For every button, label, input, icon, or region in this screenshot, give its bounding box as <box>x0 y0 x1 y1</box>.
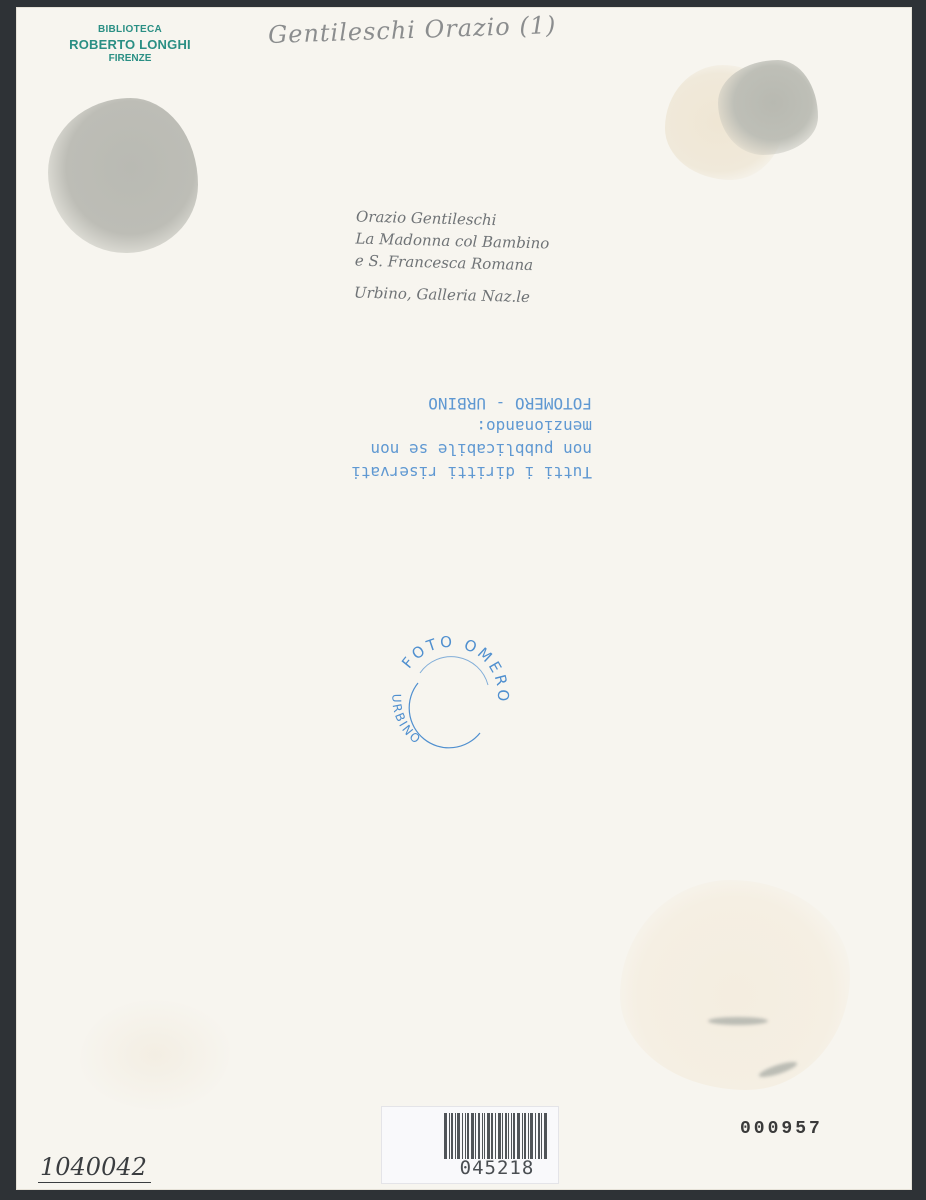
barcode-bar <box>484 1113 485 1159</box>
library-stamp: BIBLIOTECA ROBERTO LONGHI FIRENZE <box>60 24 200 65</box>
tape-residue-stain <box>48 98 198 253</box>
barcode-bar <box>498 1113 501 1159</box>
rights-stamp-line: FOTOMERO - URBINO <box>322 392 592 415</box>
barcode-bar <box>487 1113 490 1159</box>
rights-stamp: Tutti i diritti riservati non pubblicabi… <box>322 392 592 484</box>
barcode-bar <box>465 1113 466 1159</box>
stamp-top-text: FOTO OMERO <box>396 625 520 716</box>
barcode-bar <box>541 1113 542 1159</box>
rights-stamp-line: non pubblicabile se non <box>322 438 592 461</box>
barcode-bar <box>535 1113 536 1159</box>
barcode-bar <box>538 1113 540 1159</box>
rights-stamp-line: menzionando: <box>322 415 592 438</box>
barcode-bar <box>451 1113 453 1159</box>
glue-stain <box>620 880 850 1090</box>
barcode-bar <box>524 1113 526 1159</box>
barcode-bar <box>508 1113 509 1159</box>
barcode-bar <box>471 1113 474 1159</box>
barcode-bar <box>444 1113 447 1159</box>
circular-photographer-stamp: FOTO OMERO URBINO <box>380 625 520 765</box>
barcode-bar <box>449 1113 450 1159</box>
barcode-bar <box>502 1113 503 1159</box>
handwritten-note: Orazio Gentileschi La Madonna col Bambin… <box>354 205 550 308</box>
barcode-bar <box>467 1113 469 1159</box>
barcode-bar <box>530 1113 533 1159</box>
library-stamp-line: BIBLIOTECA <box>60 24 200 37</box>
barcode-bar <box>491 1113 493 1159</box>
barcode-bar <box>462 1113 463 1159</box>
barcode-bar <box>511 1113 512 1159</box>
rights-stamp-line: Tutti i diritti riservati <box>322 461 592 484</box>
barcode-bar <box>457 1113 460 1159</box>
barcode-bar <box>522 1113 523 1159</box>
library-stamp-name: ROBERTO LONGHI <box>60 37 200 53</box>
tape-residue-stain <box>718 60 818 155</box>
barcode-bar <box>495 1113 496 1159</box>
barcode-bar <box>513 1113 515 1159</box>
handwritten-catalog-number: 1040042 <box>38 1152 151 1183</box>
barcode-number: 045218 <box>442 1157 552 1179</box>
barcode-label: 045218 <box>381 1106 559 1184</box>
stamp-bottom-text: URBINO <box>389 694 424 748</box>
barcode-bar <box>517 1113 520 1159</box>
barcode-bar <box>505 1113 507 1159</box>
barcode-bar <box>455 1113 456 1159</box>
barcode-bar <box>482 1113 483 1159</box>
barcode <box>444 1113 550 1159</box>
glue-stain <box>80 1000 230 1110</box>
note-line: e S. Francesca Romana <box>355 249 549 276</box>
residue-mark <box>708 1017 768 1025</box>
barcode-bar <box>478 1113 480 1159</box>
library-stamp-city: FIRENZE <box>60 53 200 66</box>
inventory-number: 000957 <box>740 1119 823 1139</box>
barcode-bar <box>528 1113 529 1159</box>
barcode-bar <box>544 1113 547 1159</box>
barcode-bar <box>475 1113 476 1159</box>
